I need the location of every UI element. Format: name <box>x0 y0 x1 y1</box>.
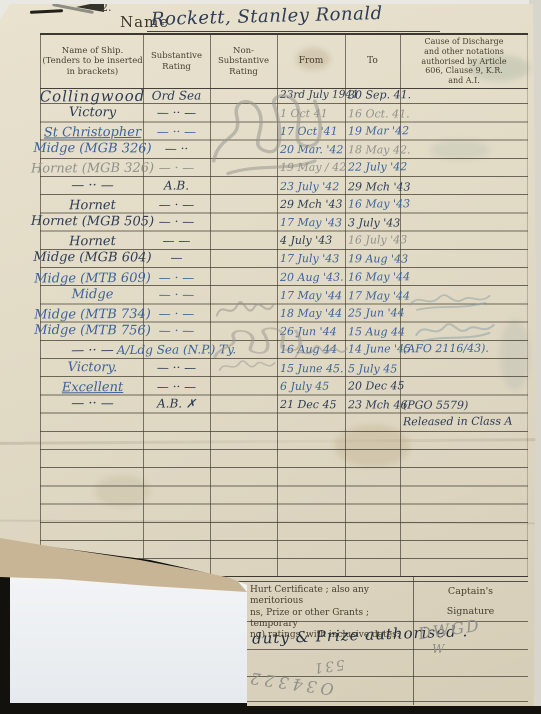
table-row: Hornet— · —29 Mch '4316 May '43 <box>40 193 528 214</box>
cell-ship: Hornet (MGB 505) <box>42 212 143 231</box>
cell-sub: — ·· <box>143 139 210 157</box>
cell-ship: Victory <box>42 103 143 122</box>
cell-to: 20 Dec 45 <box>345 376 403 395</box>
pencil-scribble <box>292 337 352 365</box>
header-cell-cause: Cause of Discharge and other notations a… <box>400 35 528 88</box>
ink-dash-mark <box>30 9 63 14</box>
cell-ship: — ·· — <box>42 394 143 413</box>
table-row: Midge (MGB 604)—17 July '4319 Aug '43 <box>40 248 528 268</box>
cell-to: 5 July 45 <box>345 359 403 377</box>
cell-sub: Ord Sea <box>143 86 210 105</box>
cell-ship: Midge (MGB 604) <box>42 248 143 267</box>
header-cell-to: To <box>345 35 400 88</box>
cell-sub: — · — <box>143 212 210 230</box>
cell-from: 4 July '43 <box>277 231 348 250</box>
cell-sub: — · — <box>143 268 210 287</box>
cell-to: 14 June '45 <box>345 340 403 359</box>
cell-sub: — ·· — <box>143 103 210 121</box>
pencil-numbers: 531 <box>311 656 346 676</box>
cell-to: 18 May 42. <box>345 140 403 158</box>
cell-sub: — · — <box>143 195 210 214</box>
cell-to: 25 Jun '44 <box>345 303 403 322</box>
pencil-letter: W <box>432 642 444 656</box>
cell-from: 17 July '43 <box>277 249 348 267</box>
cell-to: 16 May '44 <box>345 267 403 286</box>
cell-ship: Midge (MGB 326) <box>42 139 143 158</box>
cell-sub: — · — <box>143 304 210 323</box>
cell-to: 16 Oct. 41. <box>345 104 403 122</box>
cell-to: 19 Aug '43 <box>345 250 403 268</box>
cell-sub: A.B. <box>143 176 210 194</box>
cell-from: 18 May '44 <box>277 303 348 322</box>
cell-sub: A.B. ✗ <box>143 394 210 412</box>
cell-sub: — · — <box>143 285 210 303</box>
cell-to: 29 Mch '43 <box>345 177 403 195</box>
cell-ship: Midge <box>42 285 143 304</box>
cell-from: 21 Dec 45 <box>277 395 348 413</box>
cell-to: 16 July '43 <box>345 230 403 249</box>
cell-sub: — <box>143 249 210 267</box>
cell-to: 19 Mar '42 <box>345 121 403 140</box>
table-row: Excellent— ·· —6 July 4520 Dec 45 <box>40 375 528 396</box>
cell-ship: Victory. <box>42 357 143 376</box>
cell-note: Released in Class A <box>400 412 531 431</box>
cell-from: 29 Mch '43 <box>277 194 348 213</box>
cell-sub: — ·· — <box>143 377 210 396</box>
header-cell-from: From <box>277 35 345 88</box>
cell-from: 20 Aug '43. <box>277 267 348 286</box>
name-value: Rockett, Stanley Ronald <box>151 3 383 30</box>
cell-to: 30 Sep. 41. <box>345 85 403 104</box>
pencil-scribble <box>213 292 279 324</box>
pencil-scribble <box>412 317 498 347</box>
cell-sub: — · — <box>143 159 210 178</box>
table-header: Name of Ship. (Tenders to be inserted in… <box>40 33 528 89</box>
cell-sub: — — <box>143 232 210 251</box>
header-cell-non-substantive: Non-Substantive Rating <box>210 35 277 88</box>
cell-ship: — ·· — <box>42 175 143 194</box>
cell-to: 23 Mch 46 <box>345 395 403 413</box>
cell-to: 17 May '44 <box>345 286 403 304</box>
cell-from: 6 July 45 <box>277 376 348 395</box>
cell-to: 22 July '42 <box>345 158 403 177</box>
cell-to: 3 July '43 <box>345 213 403 231</box>
signature-label: Signature <box>413 606 528 617</box>
cell-to: 15 Aug 44 <box>345 322 403 340</box>
captains-label: Captain's <box>413 586 528 597</box>
cell-from: 17 May '43 <box>277 213 348 231</box>
cell-sub: A/Ldg Sea (N.P.) Ty. <box>143 341 210 360</box>
table-row: Released in Class A <box>40 412 528 433</box>
header-cell-ship: Name of Ship. (Tenders to be inserted in… <box>42 35 143 88</box>
cell-sub: — · — <box>143 321 210 339</box>
pencil-scribble <box>205 86 335 186</box>
cell-sub: — ·· — <box>143 358 210 376</box>
table-row: Midge (MTB 609)— · —20 Aug '43.16 May '4… <box>40 266 528 287</box>
pencil-scribble <box>406 289 494 315</box>
backing-sheet <box>10 576 247 703</box>
cell-sub: — ·· — <box>143 122 210 141</box>
scanned-service-record: 2. Name Rockett, Stanley Ronald Name of … <box>0 0 541 714</box>
header-cell-substantive: Substantive Rating <box>143 35 210 88</box>
cell-to: 16 May '43 <box>345 194 403 213</box>
cell-from: 17 May '44 <box>277 286 348 304</box>
certificate-line: Hurt Certificate ; also any meritorious <box>250 585 410 608</box>
name-underline <box>147 31 440 32</box>
cell-ship: Midge (MTB 756) <box>42 321 143 340</box>
pencil-scribble <box>216 354 280 376</box>
